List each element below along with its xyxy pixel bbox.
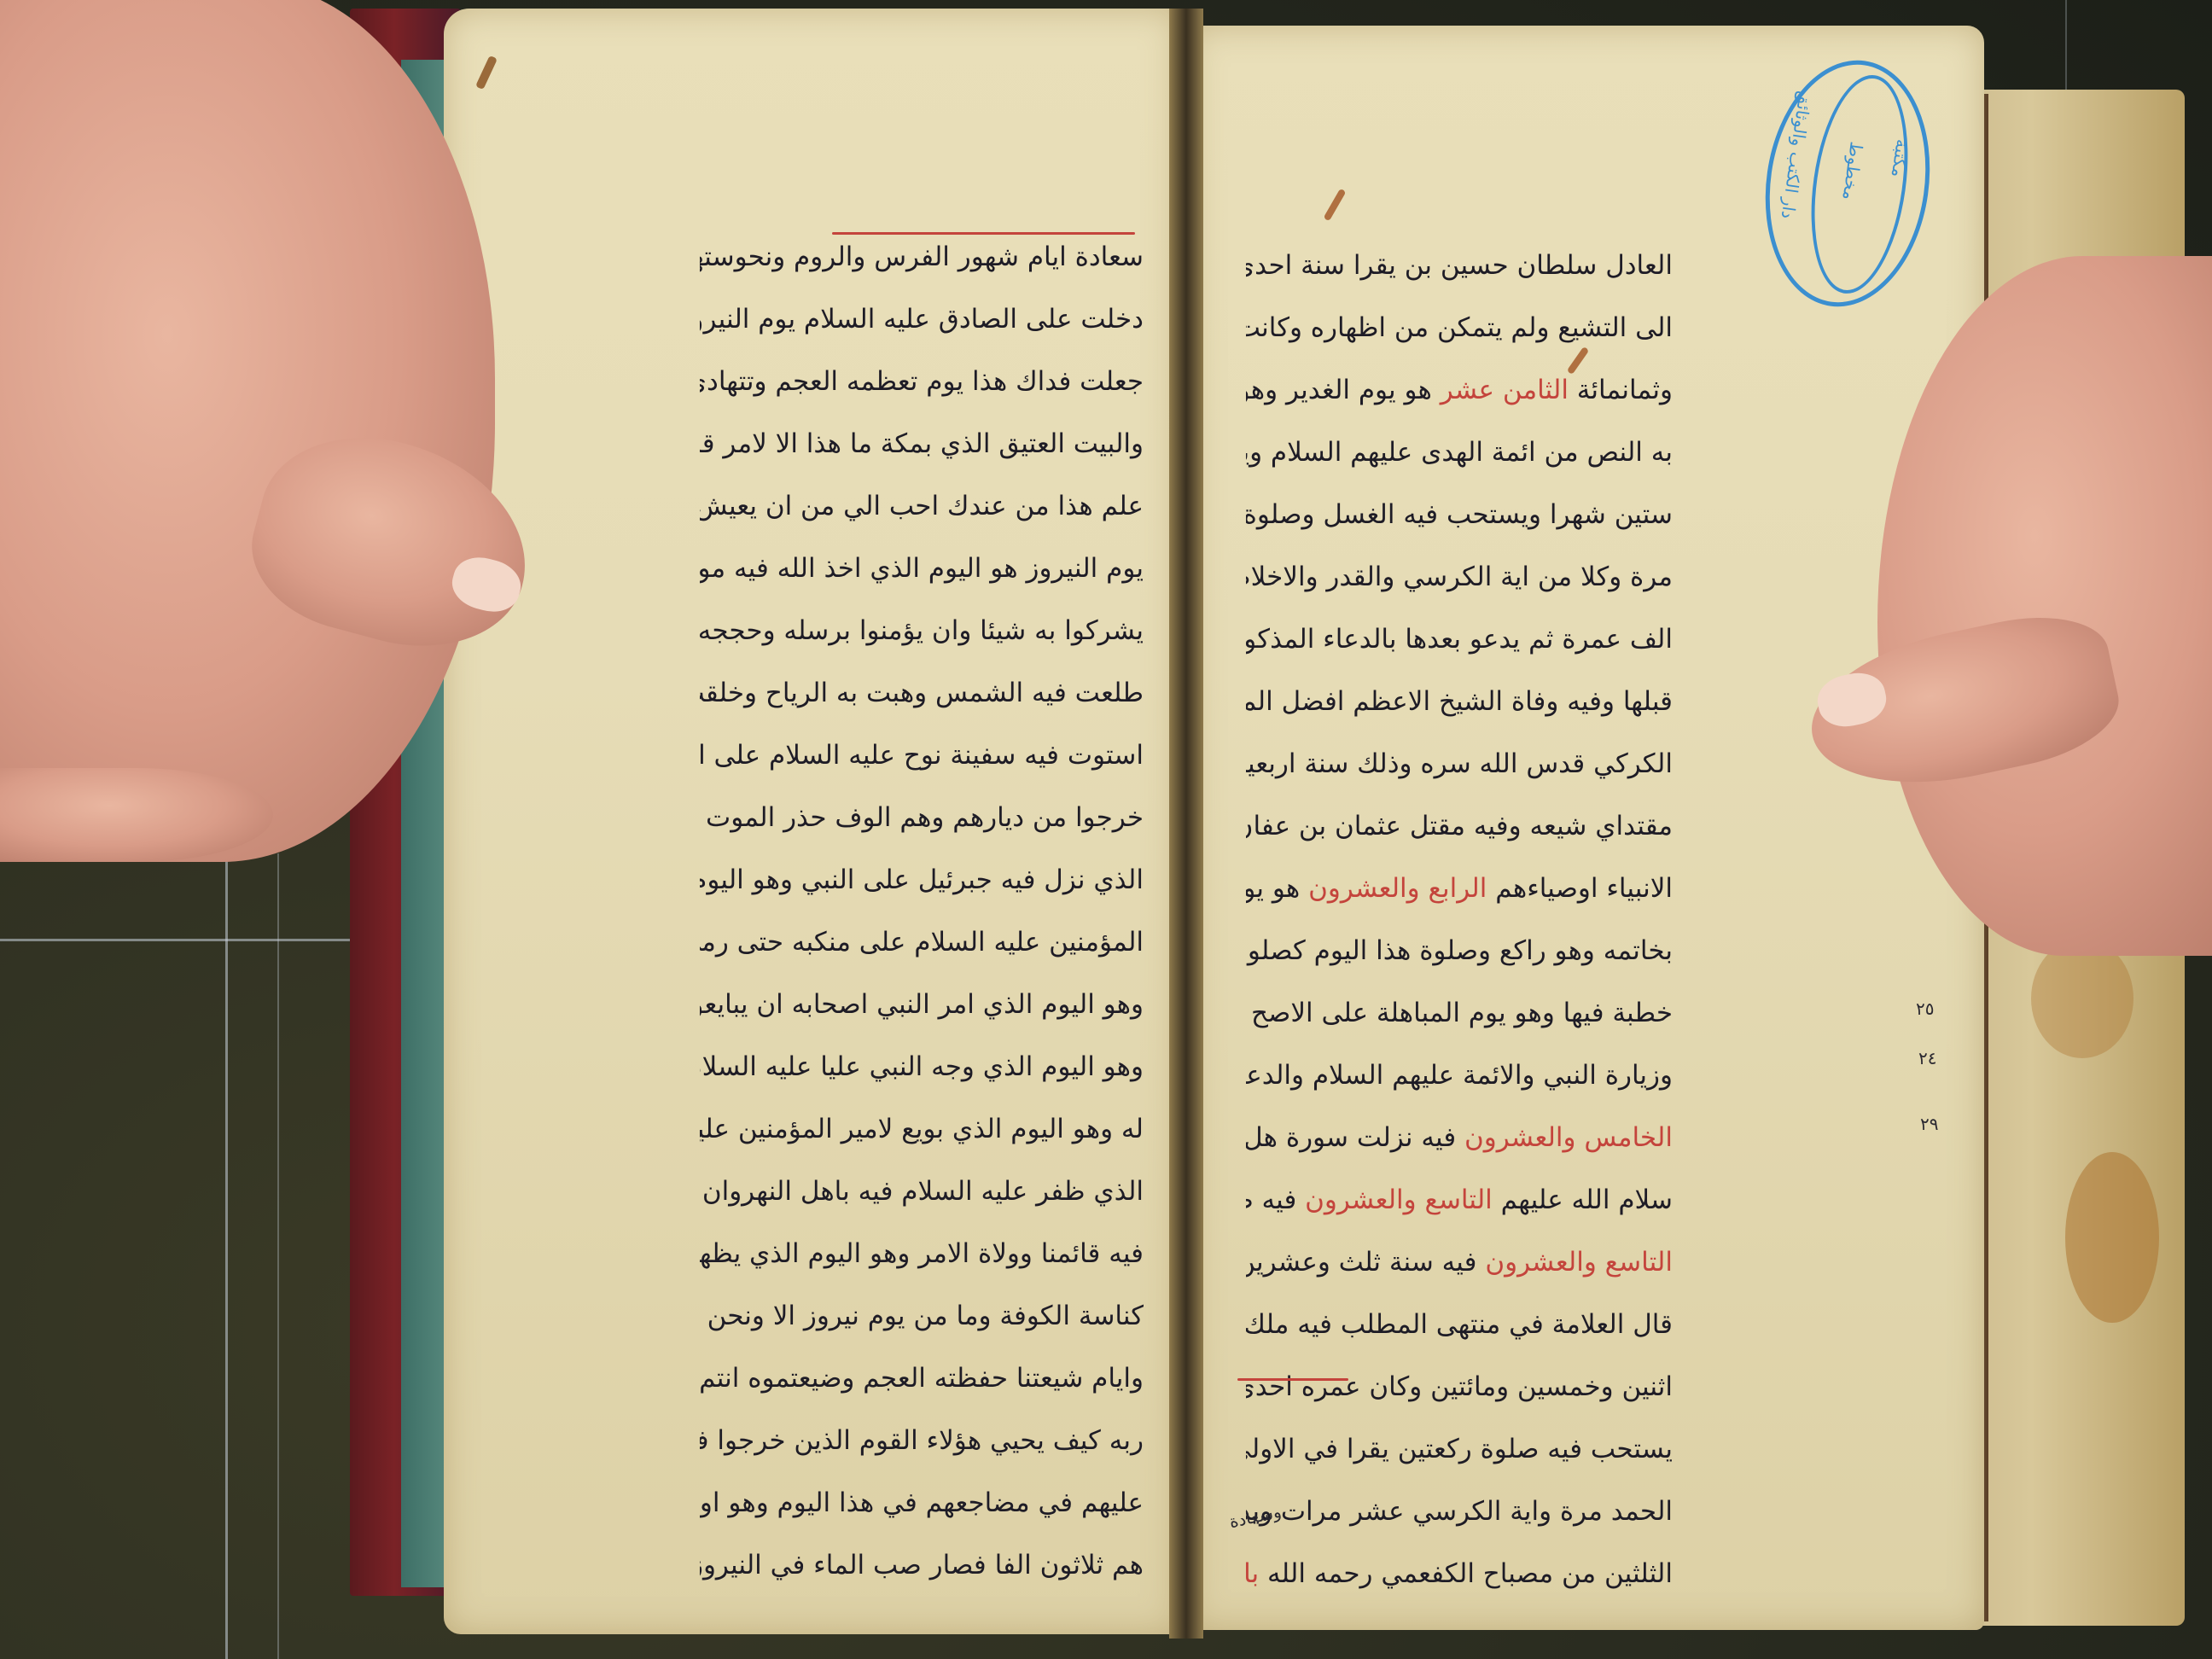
text-line: كناسة الكوفة وما من يوم نيروز الا ونحن ن… bbox=[700, 1285, 1144, 1348]
text-line: هم ثلاثون الفا فصار صب الماء في النيروز … bbox=[700, 1534, 1144, 1597]
text-line: خطبة فيها وهو يوم المباهلة على الاصح ومن… bbox=[1246, 982, 1673, 1045]
text-line: الذي نزل فيه جبرئيل على النبي وهو اليوم … bbox=[700, 849, 1144, 911]
text-line: به النص من ائمة الهدى عليهم السلام ويستح… bbox=[1246, 422, 1673, 484]
text-line: الف عمرة ثم يدعو بعدها بالدعاء المذكور ف… bbox=[1246, 608, 1673, 671]
right-page-text: العادل سلطان حسين بن يقرا سنة احدى عشر و… bbox=[1246, 235, 1673, 1605]
text-line: فيه قائمنا وولاة الامر وهو اليوم الذي يظ… bbox=[700, 1223, 1144, 1285]
text-line: الى التشيع ولم يتمكن من اظهاره وكانت ولا… bbox=[1246, 297, 1673, 359]
margin-number: ٢٩ bbox=[1920, 1114, 1938, 1134]
text-line: الانبياء اوصياءهم الرابع والعشرون هو يوم… bbox=[1246, 858, 1673, 920]
text-line: الخامس والعشرون فيه نزلت سورة هل اتى في … bbox=[1246, 1107, 1673, 1169]
table-grid-line bbox=[277, 853, 279, 1659]
text-line: وهو اليوم الذي امر النبي اصحابه ان يبايع… bbox=[700, 974, 1144, 1036]
text-line: مقتداي شيعه وفيه مقتل عثمان بن عفان قاله… bbox=[1246, 795, 1673, 858]
margin-number: ٢٤ bbox=[1918, 1048, 1936, 1068]
table-grid-line bbox=[0, 939, 367, 941]
text-line: الكركي قدس الله سره وذلك سنة اربعين وتسع… bbox=[1246, 733, 1673, 795]
rubric-overline bbox=[1237, 1378, 1348, 1381]
text-line: وهو اليوم الذي وجه النبي عليا عليه السلا… bbox=[700, 1036, 1144, 1098]
text-line: مرة وكلا من اية الكرسي والقدر والاخلاص ع… bbox=[1246, 546, 1673, 608]
book-gutter bbox=[1169, 9, 1203, 1639]
text-line: وايام شيعتنا حفظته العجم وضيعتموه انتم و… bbox=[700, 1348, 1144, 1410]
left-page-text: سعادة ايام شهور الفرس والروم ونحوستها في… bbox=[700, 226, 1144, 1597]
text-line: طلعت فيه الشمس وهبت به الرياح وخلقت فيه … bbox=[700, 662, 1144, 725]
water-stain bbox=[2031, 939, 2133, 1058]
text-line: يستحب فيه صلوة ركعتين يقرا في الاولى الح… bbox=[1246, 1418, 1673, 1481]
text-line: ستين شهرا ويستحب فيه الغسل وصلوة ركعتين … bbox=[1246, 484, 1673, 546]
text-line: الثلثين من مصباح الكفعمي رحمه الله باب ف… bbox=[1246, 1543, 1673, 1605]
text-line: وثمانمائة الثامن عشر هو يوم الغدير وهو ا… bbox=[1246, 359, 1673, 422]
text-line: دخلت على الصادق عليه السلام يوم النيروز … bbox=[700, 288, 1144, 351]
text-line: بخاتمه وهو راكع وصلوة هذا اليوم كصلوة يو… bbox=[1246, 920, 1673, 982]
left-finger bbox=[0, 768, 273, 862]
text-line: استوت فيه سفينة نوح عليه السلام على الجو… bbox=[700, 725, 1144, 787]
text-line: العادل سلطان حسين بن يقرا سنة احدى عشر و… bbox=[1246, 235, 1673, 297]
text-line: ربه كيف يحيي هؤلاء القوم الذين خرجوا فاو… bbox=[700, 1410, 1144, 1472]
text-line: اثنين وخمسين ومائتين وكان عمره احدى وثلث… bbox=[1246, 1356, 1673, 1418]
text-line: يوم النيروز هو اليوم الذي اخذ الله فيه م… bbox=[700, 538, 1144, 600]
water-stain bbox=[2065, 1152, 2159, 1323]
stamp-side-text: مكتبة bbox=[1888, 138, 1913, 178]
table-grid-line bbox=[225, 853, 228, 1659]
text-line: علم هذا من عندك احب الي من ان يعيش اموات… bbox=[700, 475, 1144, 538]
text-line: له وهو اليوم الذي بويع لامير المؤمنين عل… bbox=[700, 1098, 1144, 1161]
text-line: سعادة ايام شهور الفرس والروم ونحوستها في… bbox=[700, 226, 1144, 288]
margin-number: ٢٥ bbox=[1916, 998, 1934, 1019]
text-line: قال العلامة في منتهى المطلب فيه ملك من م… bbox=[1246, 1294, 1673, 1356]
text-line: وزيارة النبي والائمة عليهم السلام والدعا… bbox=[1246, 1045, 1673, 1107]
text-line: خرجوا من ديارهم وهم الوف حذر الموت فقال … bbox=[700, 787, 1144, 849]
text-line: المؤمنين عليه السلام على منكبه حتى رمى ا… bbox=[700, 911, 1144, 974]
text-line: يشركوا به شيئا وان يؤمنوا برسله وحججه وا… bbox=[700, 600, 1144, 662]
text-line: الحمد مرة واية الكرسي عشر مرات ويدعو بعد… bbox=[1246, 1481, 1673, 1543]
text-line: الذي ظفر عليه السلام فيه باهل النهروان و… bbox=[700, 1161, 1144, 1223]
text-line: عليهم في مضاجعهم في هذا اليوم وهو اول يو… bbox=[700, 1472, 1144, 1534]
text-line: التاسع والعشرون فيه سنة ثلث وعشرين من ال… bbox=[1246, 1231, 1673, 1294]
text-line: سلام الله عليهم التاسع والعشرون فيه طعن … bbox=[1246, 1169, 1673, 1231]
text-line: جعلت فداك هذا يوم تعظمه العجم وتتهادى في… bbox=[700, 351, 1144, 413]
text-line: قبلها وفيه وفاة الشيخ الاعظم افضل المتاخ… bbox=[1246, 671, 1673, 733]
text-line: والبيت العتيق الذي بمكة ما هذا الا لامر … bbox=[700, 413, 1144, 475]
